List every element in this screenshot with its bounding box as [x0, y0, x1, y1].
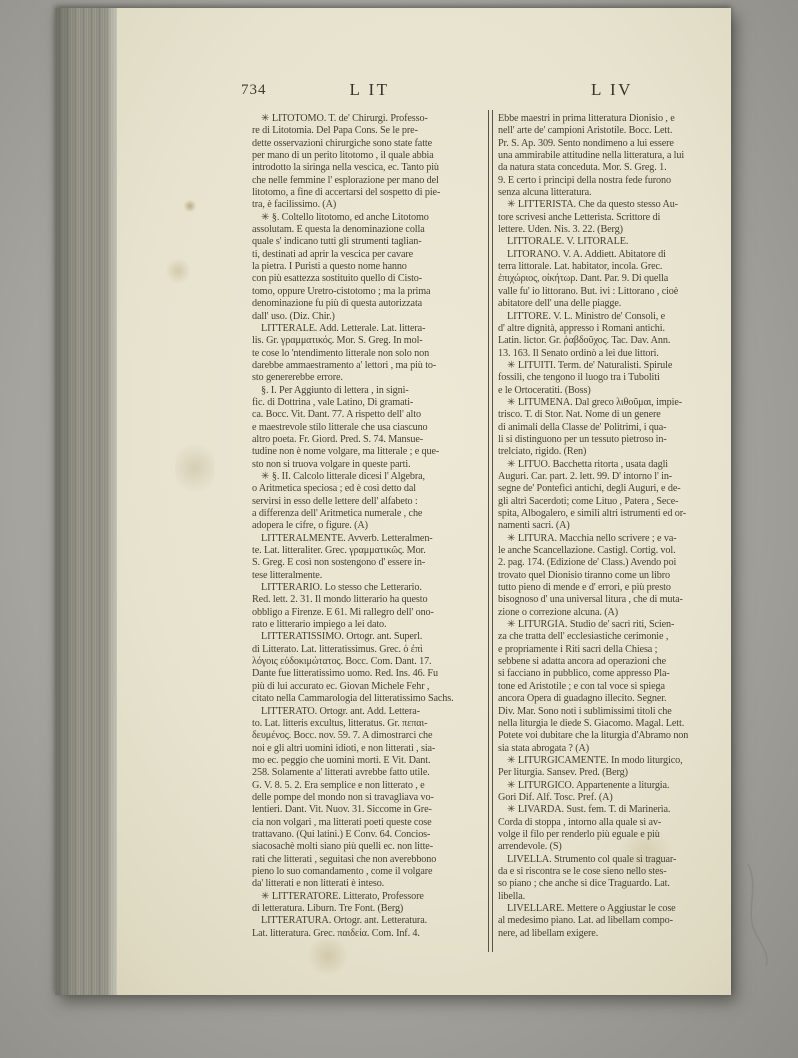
text-line: le anche Scancellazione. Castigl. Cortig… — [498, 545, 727, 557]
text-line: per mano di un perito litotomo , il qual… — [252, 150, 489, 162]
text-line: LIVELLARE. Mettere o Aggiustar le cose — [498, 903, 727, 915]
text-line: te cose lo 'ntendimento litterale non so… — [252, 348, 489, 360]
text-line: la pietra. I Puristi a questo nome hanno — [252, 261, 489, 273]
text-line: 2. pag. 174. (Edizione de' Class.) Avend… — [498, 557, 727, 569]
text-line: ✳ LITUMENA. Dal greco λιθοῦμαι, impie- — [498, 397, 727, 409]
text-line: tomo, oppure Uretro-cistotomo ; ma la pr… — [252, 286, 489, 298]
dictionary-entry: ✳ LITURA. Macchia nello scrivere ; e va-… — [498, 533, 727, 619]
text-line: tone ed Aristotile ; e con tal voce si s… — [498, 681, 727, 693]
text-line: introdotto la siringa nella vescica, ec.… — [252, 162, 489, 174]
text-line: ca. Bocc. Vit. Dant. 77. A rispetto dell… — [252, 409, 489, 421]
dictionary-entry: LITTERARIO. Lo stesso che Letterario.Red… — [252, 582, 489, 631]
dictionary-entry: LITTERATISSIMO. Ortogr. ant. Superl.di L… — [252, 631, 489, 705]
text-line: libella. — [498, 891, 727, 903]
binding-shade — [55, 8, 117, 995]
text-line: da natura stata conceduta. Mor. S. Greg.… — [498, 162, 727, 174]
text-line: adopera le cifre, o figure. (A) — [252, 520, 489, 532]
text-line: to. Lat. litteris excultus, litteratus. … — [252, 718, 489, 730]
dictionary-entry: LITTERALE. Add. Letterale. Lat. littera-… — [252, 323, 489, 385]
text-line: tudine non è nome volgare, ma litterale … — [252, 446, 489, 458]
text-line: Auguri. Car. part. 2. lett. 99. D' intor… — [498, 471, 727, 483]
text-line: so piano ; che anche si dice Traguardo. … — [498, 878, 727, 890]
text-line: rati che litterati , seguitasi che non a… — [252, 854, 489, 866]
dictionary-entry: LITTERALMENTE. Avverb. Letteralmen-te. L… — [252, 533, 489, 582]
text-line: δευμένος. Bocc. nov. 59. 7. A dimostrarc… — [252, 730, 489, 742]
text-line: G. V. 8. 5. 2. Era semplice e non litter… — [252, 780, 489, 792]
text-line: sto non si truova volgare in queste part… — [252, 459, 489, 471]
text-line: ✳ LITTERISTA. Che da questo stesso Au- — [498, 199, 727, 211]
text-line: 9. E certo i principi della nostra fede … — [498, 175, 727, 187]
running-head-left: L IT — [252, 80, 487, 100]
text-line: denominazione fu più di questa autorizza… — [252, 298, 489, 310]
text-line: sto genererebbe errore. — [252, 372, 489, 384]
text-line: dette osservazioni chirurgiche sono stat… — [252, 138, 489, 150]
text-line: nella liturgia le diede S. Giacomo. Maga… — [498, 718, 727, 730]
text-line: senza alcuna litteratura. — [498, 187, 727, 199]
text-line: Gori Dif. Alf. Tosc. Pref. (A) — [498, 792, 727, 804]
text-line: trovato quel Dionisio tiranno come un li… — [498, 570, 727, 582]
text-line: zione o correzione alcuna. (A) — [498, 607, 727, 619]
text-line: 13. 163. Il Senato ordinò a lei due litt… — [498, 348, 727, 360]
text-line: quale s' indicano tutti gli strumenti ta… — [252, 236, 489, 248]
text-line: Lat. litteratura. Grec. παιδεία. Com. In… — [252, 928, 489, 940]
text-line: con più esattezza sostituito quello di C… — [252, 273, 489, 285]
scanned-book-photo: { "page": { "number": "734", "header_lef… — [0, 0, 798, 1058]
photo-pen-mark — [730, 860, 790, 970]
dictionary-entry: ✳ LIVARDA. Sust. fem. T. di Marinerìa.Co… — [498, 804, 727, 853]
text-line: delle pompe del mondo non si travagliava… — [252, 792, 489, 804]
text-line: dall' uso. (Diz. Chir.) — [252, 311, 489, 323]
text-line: Per liturgia. Sansev. Pred. (Berg) — [498, 767, 727, 779]
text-line: ✳ LITOTOMO. T. de' Chirurgi. Professo- — [252, 113, 489, 125]
text-line: e maestrevole stilo litterale che usa ci… — [252, 422, 489, 434]
dictionary-entry: ✳ LITUITI. Term. de' Naturalisti. Spirul… — [498, 360, 727, 397]
text-line: più di lui accurato ec. Giovan Michele F… — [252, 681, 489, 693]
text-line: terra littorale. Lat. habitator, incola.… — [498, 261, 727, 273]
text-line: siacosachè molti siano più quelli ec. no… — [252, 841, 489, 853]
text-line: una ammirabile attitudine nella litterat… — [498, 150, 727, 162]
text-line: ✳ §. II. Calcolo litterale dicesi l' Alg… — [252, 471, 489, 483]
age-stain — [305, 938, 351, 974]
text-line: lis. Gr. γραμματικός. Mor. S. Greg. In m… — [252, 335, 489, 347]
text-line: LITTORALE. V. LITORALE. — [498, 236, 727, 248]
dictionary-entry: LITTORALE. V. LITORALE. — [498, 236, 727, 248]
text-line: trisco. T. di Stor. Nat. Nome di un gene… — [498, 409, 727, 421]
text-line: Dante fue litteratissimo uomo. Red. Ins.… — [252, 668, 489, 680]
text-line: ✳ LITURGICAMENTE. In modo liturgico, — [498, 755, 727, 767]
text-line: e le Ortoceratiti. (Boss) — [498, 385, 727, 397]
text-line: ti, destinati ad aprir la vescica per ca… — [252, 249, 489, 261]
text-line: namenti sacri. (A) — [498, 520, 727, 532]
text-line: te. Lat. litteraliter. Grec. γραμματικῶς… — [252, 545, 489, 557]
text-line: a differenza dell' Aritmetica numerale ,… — [252, 508, 489, 520]
text-line: §. I. Per Aggiunto di lettera , in signi… — [252, 385, 489, 397]
text-line: di animali della Classe de' Politrimi, i… — [498, 422, 727, 434]
text-line: nere, ad libellam exigere. — [498, 928, 727, 940]
text-line: sebbene si adatta ancora ad operazioni c… — [498, 656, 727, 668]
text-line: servirsi in esso delle lettere dell' alf… — [252, 496, 489, 508]
text-line: assolutam. È questa la denominazione col… — [252, 224, 489, 236]
text-line: LITTERATO. Ortogr. ant. Add. Lettera- — [252, 706, 489, 718]
book-page: 734 L IT L IV ✳ LITOTOMO. T. de' Chirurg… — [55, 8, 731, 995]
dictionary-entry: ✳ LITOTOMO. T. de' Chirurgi. Professo-re… — [252, 113, 489, 212]
text-line: al medesimo piano. Lat. ad libellam comp… — [498, 915, 727, 927]
text-line: trelciato, rigido. (Ren) — [498, 446, 727, 458]
text-line: arrendevole. (S) — [498, 841, 727, 853]
text-line: ✳ §. Coltello litotomo, ed anche Litotom… — [252, 212, 489, 224]
text-line: d' altre dignità, appresso i Romani anti… — [498, 323, 727, 335]
text-line: ✳ LITUO. Bacchetta ritorta , usata dagli — [498, 459, 727, 471]
age-stain — [183, 200, 197, 212]
dictionary-entry: LIVELLA. Strumento col quale si traguar-… — [498, 854, 727, 903]
text-line: valle fu' io littorano. But. ivi : Litto… — [498, 286, 727, 298]
dictionary-entry: LITTERATURA. Ortogr. ant. Letteratura.La… — [252, 915, 489, 940]
text-line: S. Greg. E così non sostengono d' essere… — [252, 557, 489, 569]
text-line: mo ec. peggio che uomini morti. E Vit. D… — [252, 755, 489, 767]
text-line: trattavano. (Qui latini.) E Conv. 64. Co… — [252, 829, 489, 841]
text-line: di letteratura. Liburn. Tre Font. (Berg) — [252, 903, 489, 915]
text-line: da e si riscontra se le cose sieno nello… — [498, 866, 727, 878]
text-line: LITTERATURA. Ortogr. ant. Letteratura. — [252, 915, 489, 927]
text-line: obbligo a Firenze. E 61. Mi rallegro del… — [252, 607, 489, 619]
dictionary-entry: ✳ LITURGICO. Appartenente a liturgia.Gor… — [498, 780, 727, 805]
text-line: litotomo, a fine di accertarsi del sospe… — [252, 187, 489, 199]
text-line: LITTERATISSIMO. Ortogr. ant. Superl. — [252, 631, 489, 643]
text-line: gli altri Sacerdoti; come Lituo , Patera… — [498, 496, 727, 508]
text-line: fossili, che tengono il luogo tra i Tubo… — [498, 372, 727, 384]
text-line: ✳ LITURGÌA. Studio de' sacri riti, Scien… — [498, 619, 727, 631]
page-edges-binding — [55, 8, 117, 995]
text-line: lentieri. Dant. Vit. Nuov. 31. Siccome i… — [252, 804, 489, 816]
text-line: tore scrivesi anche Letterista. Scrittor… — [498, 212, 727, 224]
text-line: Ebbe maestri in prima litteratura Dionis… — [498, 113, 727, 125]
running-head-right: L IV — [498, 80, 726, 100]
text-line: Potete voi dubitare che la liturgia d'Ab… — [498, 730, 727, 742]
text-line: nell' arte de' campioni Aristotile. Bocc… — [498, 125, 727, 137]
text-line: spita, Albogalero, e simili altri istrum… — [498, 508, 727, 520]
text-line: tra, è facilissimo. (A) — [252, 199, 489, 211]
age-stain — [167, 256, 189, 286]
text-line: Red. lett. 2. 31. Il mondo litterario ha… — [252, 594, 489, 606]
text-line: abitatore dell' una delle piagge. — [498, 298, 727, 310]
dictionary-entry: LIVELLARE. Mettere o Aggiustar le coseal… — [498, 903, 727, 940]
dictionary-entry: LITTORE. V. L. Ministro de' Consoli, ed'… — [498, 311, 727, 360]
text-column-left: ✳ LITOTOMO. T. de' Chirurgi. Professo-re… — [252, 113, 489, 940]
dictionary-entry: ✳ LITUMENA. Dal greco λιθοῦμαι, impie-tr… — [498, 397, 727, 459]
text-line: da' litterati e non litterati è inteso. — [252, 878, 489, 890]
dictionary-entry: §. I. Per Aggiunto di lettera , in signi… — [252, 385, 489, 471]
dictionary-entry: ✳ LITUO. Bacchetta ritorta , usata dagli… — [498, 459, 727, 533]
text-line: fic. di Dottrina , vale Latino, Di grama… — [252, 397, 489, 409]
text-line: ✳ LIVARDA. Sust. fem. T. di Marinerìa. — [498, 804, 727, 816]
text-line: altro poeta. Fr. Giord. Pred. S. 74. Man… — [252, 434, 489, 446]
text-line: darebbe ammaestramento a' lettori , ma p… — [252, 360, 489, 372]
text-line: ancora Opera di guadagno illecito. Segne… — [498, 693, 727, 705]
text-line: LITTERALMENTE. Avverb. Letteralmen- — [252, 533, 489, 545]
text-line: ✳ LITTERATORE. Litterato, Professore — [252, 891, 489, 903]
text-line: λόγοις εὐδοκιμώτατος. Bocc. Com. Dant. 1… — [252, 656, 489, 668]
text-line: ✳ LITURGICO. Appartenente a liturgia. — [498, 780, 727, 792]
text-line: tese litteralmente. — [252, 570, 489, 582]
dictionary-entry: LITORANO. V. A. Addiett. Abitatore diter… — [498, 249, 727, 311]
text-line: si facciano in pubblico, come appresso P… — [498, 668, 727, 680]
text-line: re di Litotomia. Del Papa Cons. Se le pr… — [252, 125, 489, 137]
text-line: volge il filo per renderlo più eguale e … — [498, 829, 727, 841]
age-stain — [175, 438, 215, 498]
text-line: li si distinguono per un tessuto pietros… — [498, 434, 727, 446]
text-line: o Aritmetica speciosa ; ed è così detto … — [252, 483, 489, 495]
text-line: lettere. Uden. Nis. 3. 22. (Berg) — [498, 224, 727, 236]
dictionary-entry: ✳ §. II. Calcolo litterale dicesi l' Alg… — [252, 471, 489, 533]
dictionary-entry: ✳ LITURGÌA. Studio de' sacri riti, Scien… — [498, 619, 727, 755]
text-line: ἐπιχώριος, οἰκήτωρ. Dant. Par. 9. Di que… — [498, 273, 727, 285]
dictionary-entry: Ebbe maestri in prima litteratura Dionis… — [498, 113, 727, 199]
text-line: Latin. lictor. Gr. ῥαβδοῦχος. Tac. Dav. … — [498, 335, 727, 347]
text-line: LITTERALE. Add. Letterale. Lat. littera- — [252, 323, 489, 335]
text-line: ✳ LITURA. Macchia nello scrivere ; e va- — [498, 533, 727, 545]
text-line: za che tratta dell' ecclesiastiche cerim… — [498, 631, 727, 643]
text-line: Pr. S. Ap. 309. Sento nondimeno a lui es… — [498, 138, 727, 150]
text-line: tutto pieno di mende e d' errori, e più … — [498, 582, 727, 594]
text-column-right: Ebbe maestri in prima litteratura Dionis… — [498, 113, 727, 940]
text-line: ✳ LITUITI. Term. de' Naturalisti. Spirul… — [498, 360, 727, 372]
text-line: LITTERARIO. Lo stesso che Letterario. — [252, 582, 489, 594]
dictionary-entry: ✳ §. Coltello litotomo, ed anche Litotom… — [252, 212, 489, 323]
text-line: Div. Mar. Sono noti i sublimissimi titol… — [498, 706, 727, 718]
text-line: e propriamente i Riti sacri della Chiesa… — [498, 644, 727, 656]
dictionary-entry: LITTERATO. Ortogr. ant. Add. Lettera-to.… — [252, 706, 489, 891]
text-line: che nelle femmine l' esplorazione per ma… — [252, 175, 489, 187]
text-line: LITTORE. V. L. Ministro de' Consoli, e — [498, 311, 727, 323]
text-line: noi e gli altri uomini idioti, e non lit… — [252, 743, 489, 755]
text-line: bisognoso d' una universal litura , che … — [498, 594, 727, 606]
dictionary-entry: ✳ LITTERISTA. Che da questo stesso Au-to… — [498, 199, 727, 236]
text-line: cia non volgari , ma litterati poeti que… — [252, 817, 489, 829]
text-line: rato e litterario impiego a lei dato. — [252, 619, 489, 631]
text-line: citato nella Cammarologia del litteratis… — [252, 693, 489, 705]
text-line: LIVELLA. Strumento col quale si traguar- — [498, 854, 727, 866]
text-line: segne de' Pontefici antichi, degli Augur… — [498, 483, 727, 495]
text-line: sia stata abrogata ? (A) — [498, 743, 727, 755]
dictionary-entry: ✳ LITTERATORE. Litterato, Professoredi l… — [252, 891, 489, 916]
dictionary-entry: ✳ LITURGICAMENTE. In modo liturgico,Per … — [498, 755, 727, 780]
text-line: 258. Solamente a' litterati avrebbe fatt… — [252, 767, 489, 779]
text-line: di Litterato. Lat. litteratissimus. Grec… — [252, 644, 489, 656]
text-line: LITORANO. V. A. Addiett. Abitatore di — [498, 249, 727, 261]
text-line: pieno lo suo comandamento , come il volg… — [252, 866, 489, 878]
text-line: Corda di stoppa , intorno alla quale si … — [498, 817, 727, 829]
